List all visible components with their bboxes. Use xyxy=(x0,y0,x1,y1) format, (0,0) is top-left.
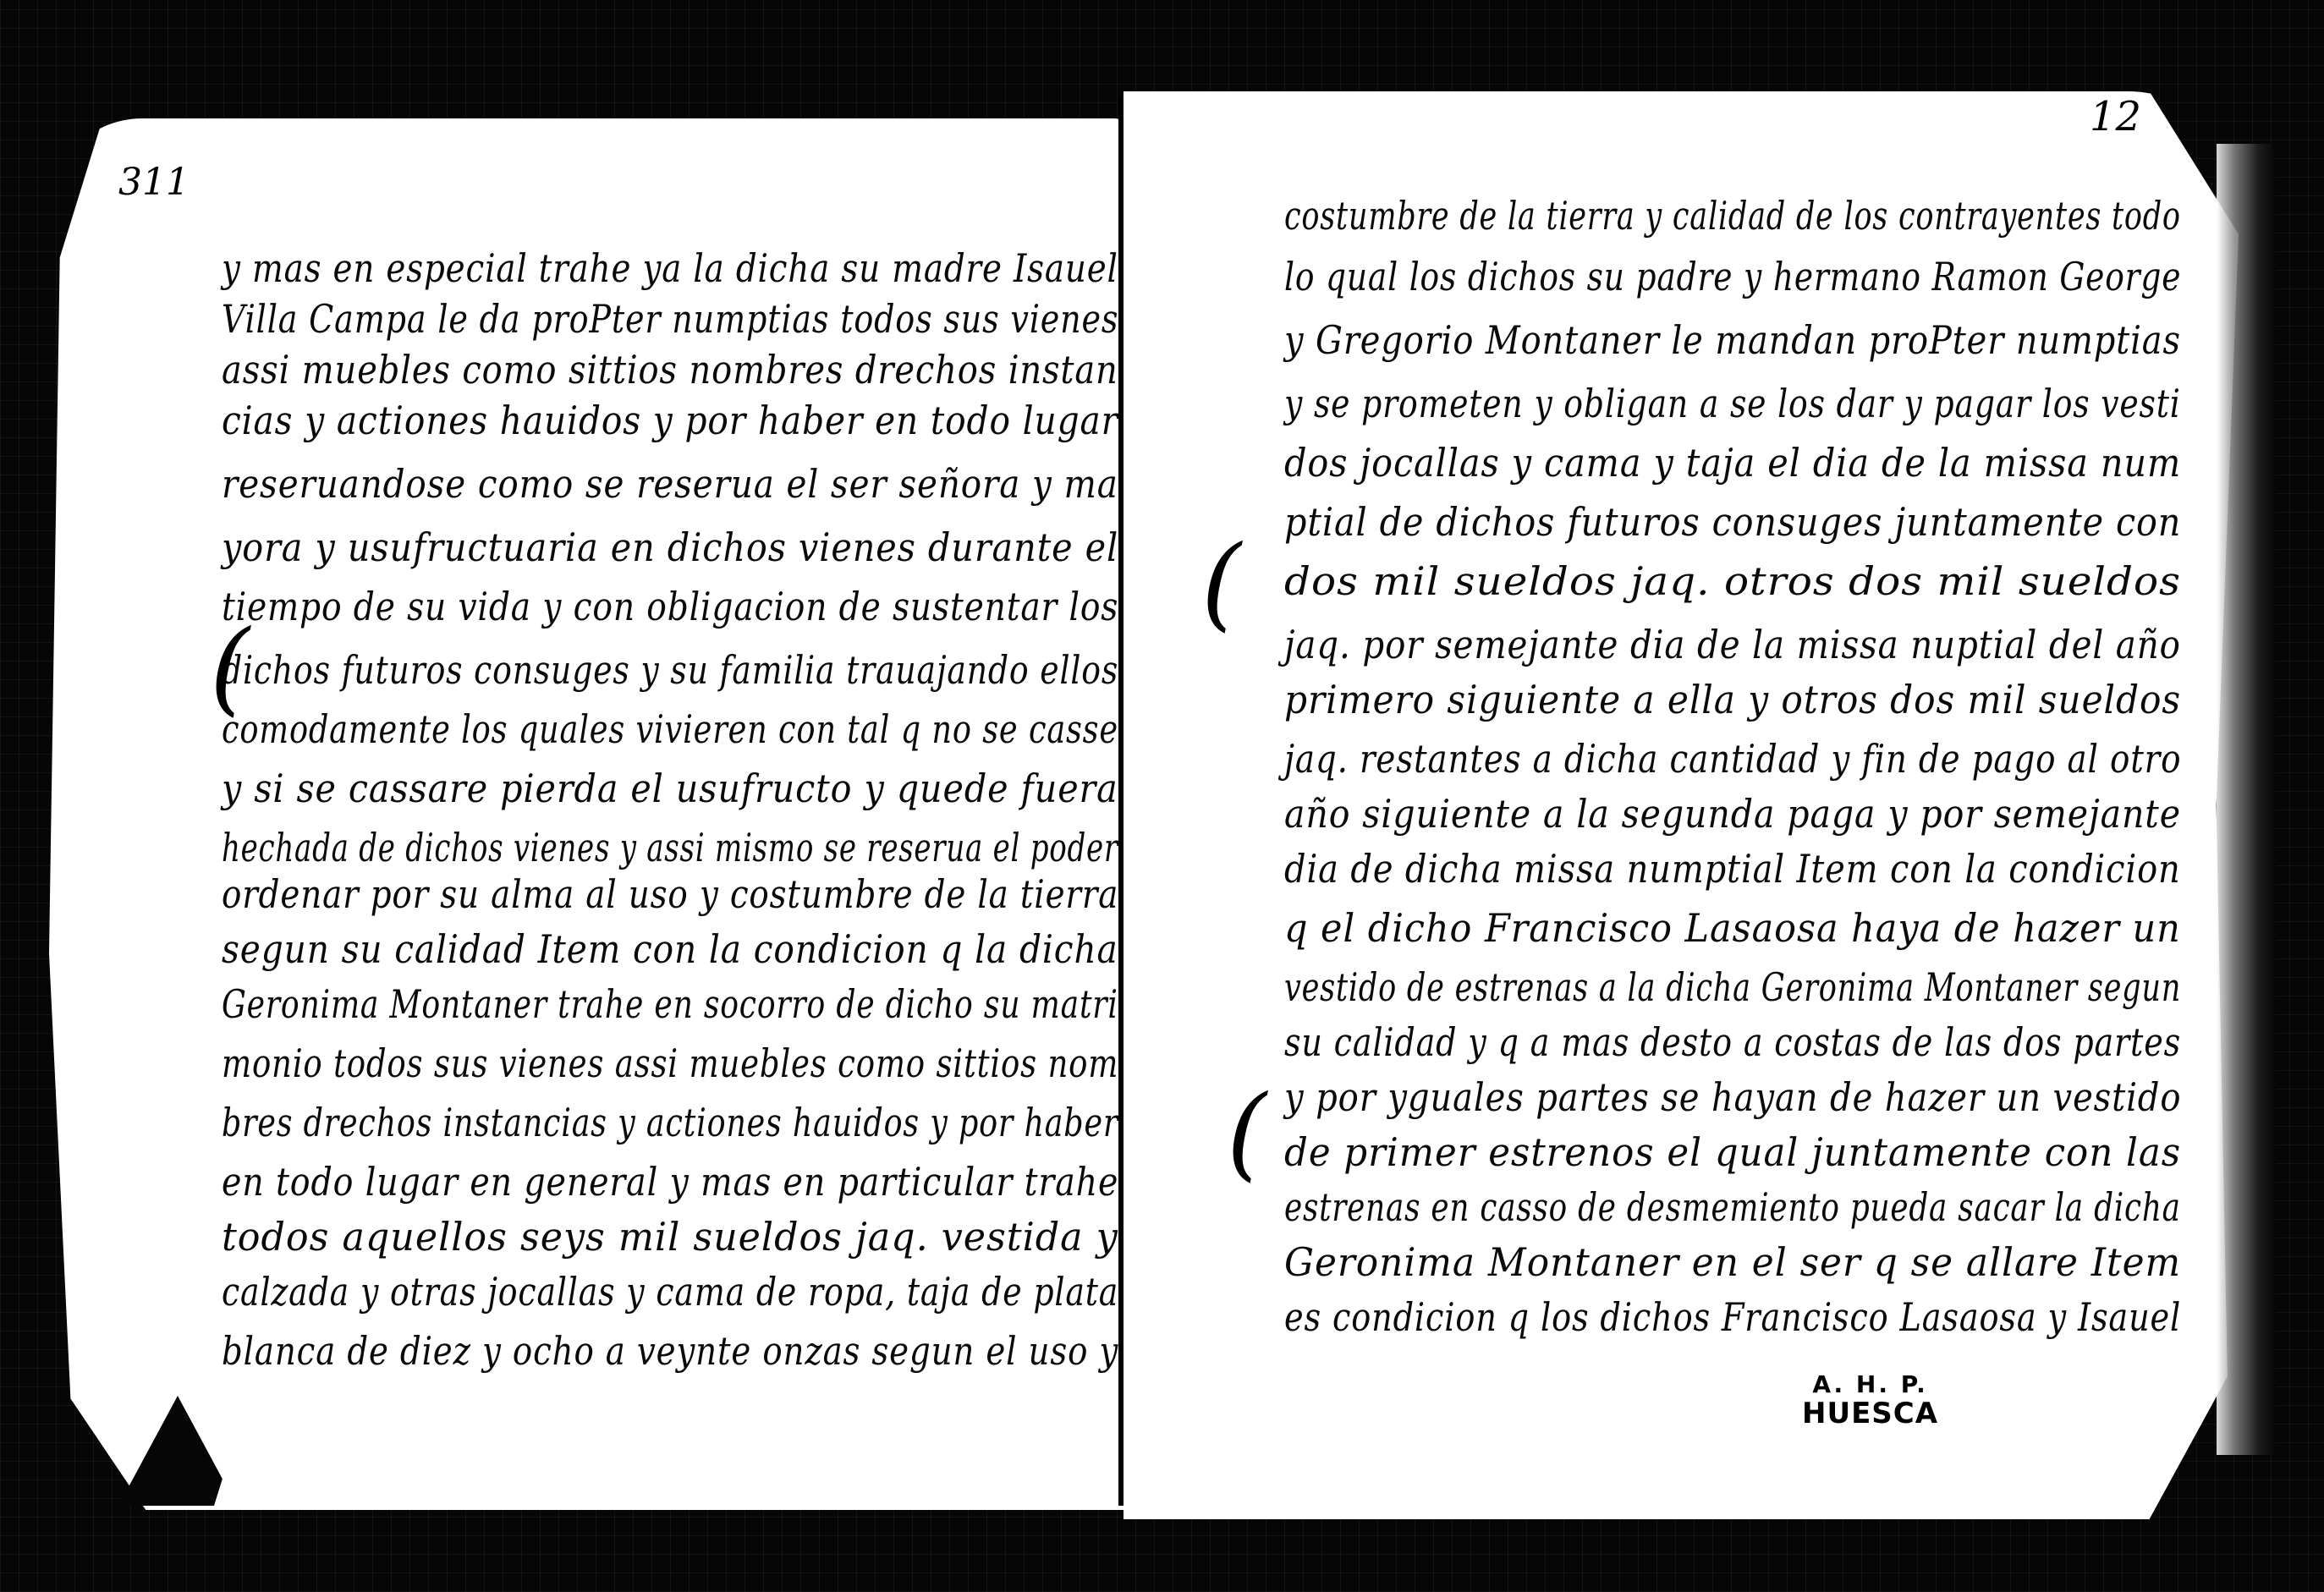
manuscript-line: es condicion q los dichos Francisco Lasa… xyxy=(1284,1294,2181,1340)
manuscript-line: q el dicho Francisco Lasaosa haya de haz… xyxy=(1284,905,2181,951)
manuscript-line: dichos futuros consuges y su familia tra… xyxy=(222,647,1118,693)
right-page-edge xyxy=(2217,144,2276,1455)
margin-flourish-right-2: ( xyxy=(1227,1074,1266,1192)
archive-stamp: A. H. P. HUESCA xyxy=(1802,1372,1938,1430)
manuscript-line: costumbre de la tierra y calidad de los … xyxy=(1284,193,2181,239)
manuscript-line: jaq. por semejante dia de la missa nupti… xyxy=(1284,622,2181,667)
manuscript-line: y se prometen y obligan a se los dar y p… xyxy=(1284,381,2181,426)
binding-clip-gap xyxy=(214,1468,238,1506)
folio-mark-left: 311 xyxy=(118,161,190,204)
manuscript-line: vestido de estrenas a la dicha Geronima … xyxy=(1284,964,2181,1010)
manuscript-line: ordenar por su alma al uso y costumbre d… xyxy=(222,871,1118,917)
manuscript-line: yora y usufructuaria en dichos vienes du… xyxy=(222,524,1118,570)
archive-stamp-abbrev: A. H. P. xyxy=(1802,1372,1938,1398)
manuscript-line: Villa Campa le da proPter numptias todos… xyxy=(222,296,1118,342)
manuscript-line: lo qual los dichos su padre y hermano Ra… xyxy=(1284,254,2181,299)
manuscript-line: estrenas en casso de desmemiento pueda s… xyxy=(1284,1184,2181,1230)
manuscript-line: Geronima Montaner en el ser q se allare … xyxy=(1284,1239,2181,1285)
manuscript-line: dos jocallas y cama y taja el dia de la … xyxy=(1284,440,2181,486)
manuscript-line: reseruandose como se reserua el ser seño… xyxy=(222,461,1118,507)
folio-number-right: 12 xyxy=(2090,93,2141,140)
manuscript-line: todos aquellos seys mil sueldos jaq. ves… xyxy=(222,1214,1118,1260)
margin-flourish-right-1: ( xyxy=(1201,524,1241,642)
manuscript-line: monio todos sus vienes assi muebles como… xyxy=(222,1040,1118,1086)
manuscript-line: y por yguales partes se hayan de hazer u… xyxy=(1284,1074,2181,1120)
book-gutter xyxy=(1118,97,1124,1506)
manuscript-line: cias y actiones hauidos y por haber en t… xyxy=(222,398,1118,443)
manuscript-line: y si se cassare pierda el usufructo y qu… xyxy=(222,766,1118,811)
manuscript-line: bres drechos instancias y actiones hauid… xyxy=(222,1100,1118,1145)
manuscript-line: dia de dicha missa numptial Item con la … xyxy=(1284,846,2181,892)
manuscript-line: calzada y otras jocallas y cama de ropa,… xyxy=(222,1269,1118,1315)
manuscript-line: primero siguiente a ella y otros dos mil… xyxy=(1284,677,2181,722)
manuscript-line: en todo lugar en general y mas en partic… xyxy=(222,1159,1118,1205)
manuscript-line: hechada de dichos vienes y assi mismo se… xyxy=(222,825,1118,870)
manuscript-line: Geronima Montaner trahe en socorro de di… xyxy=(222,981,1118,1027)
manuscript-line: segun su calidad Item con la condicion q… xyxy=(222,926,1118,972)
manuscript-line: blanca de diez y ocho a veynte onzas seg… xyxy=(222,1328,1118,1374)
manuscript-line: comodamente los quales vivieren con tal … xyxy=(222,706,1118,752)
manuscript-line: tiempo de su vida y con obligacion de su… xyxy=(222,584,1118,629)
archive-stamp-city: HUESCA xyxy=(1802,1398,1938,1430)
manuscript-line: año siguiente a la segunda paga y por se… xyxy=(1284,791,2181,837)
manuscript-line: y Gregorio Montaner le mandan proPter nu… xyxy=(1284,317,2181,363)
manuscript-line: dos mil sueldos jaq. otros dos mil sueld… xyxy=(1284,558,2181,604)
manuscript-line: y mas en especial trahe ya la dicha su m… xyxy=(222,245,979,291)
margin-flourish-left: ( xyxy=(210,609,250,727)
manuscript-line: su calidad y q a mas desto a costas de l… xyxy=(1284,1019,2181,1065)
manuscript-line: de primer estrenos el qual juntamente co… xyxy=(1284,1129,2181,1175)
manuscript-line: jaq. restantes a dicha cantidad y fin de… xyxy=(1284,736,2181,782)
manuscript-line: ptial de dichos futuros consuges juntame… xyxy=(1284,499,2181,545)
manuscript-line: assi muebles como sittios nombres drecho… xyxy=(222,347,1118,393)
